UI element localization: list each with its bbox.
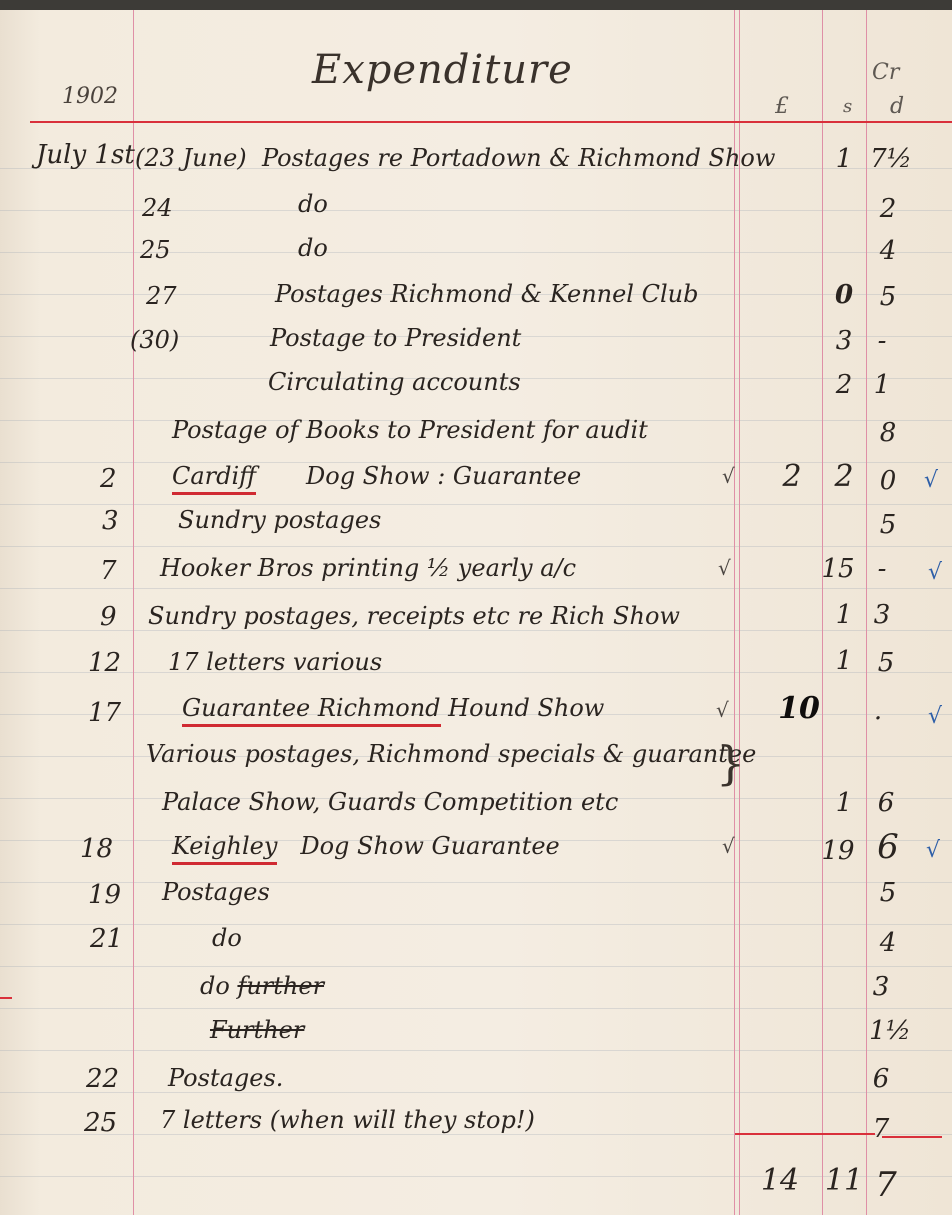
entry-shillings: 1	[826, 790, 862, 816]
page-title: Expenditure	[312, 50, 573, 90]
entry-description: Further	[210, 1018, 304, 1042]
amount-column-rule	[739, 10, 740, 1215]
ruling-line	[0, 966, 952, 967]
entry-pence: .	[866, 698, 890, 724]
entry-date: 12	[88, 650, 121, 676]
amount-column-rule	[734, 10, 735, 1215]
entry-description: Postage to President	[270, 326, 521, 350]
entry-shillings: 0	[828, 282, 860, 308]
entry-description-rest: Dog Show : Guarantee	[306, 464, 581, 488]
entry-ref: 24	[142, 196, 173, 220]
check-mark: √	[722, 466, 735, 486]
entry-pence: 3	[866, 974, 896, 1000]
entry-pence: 4	[866, 930, 910, 956]
entry-description: Various postages, Richmond specials & gu…	[146, 742, 756, 766]
entry-shillings: 1	[826, 146, 862, 172]
entry-shillings: 1	[826, 648, 862, 674]
entry-description: Guarantee Richmond Hound Show	[182, 696, 604, 720]
struck-word: further	[237, 972, 324, 1000]
entry-description: Cardiff	[172, 464, 256, 488]
total-pounds: 14	[752, 1166, 808, 1196]
entry-description: Circulating accounts	[268, 370, 521, 394]
entry-description: do	[212, 926, 242, 950]
entry-pence: 8	[866, 420, 910, 446]
entry-pence: -	[866, 328, 898, 354]
ruling-line	[0, 672, 952, 673]
entry-ref: (30)	[130, 328, 179, 352]
entry-pence: 2	[866, 196, 910, 222]
entry-pence: 6	[866, 790, 906, 816]
entry-description: Postages re Portadown & Richmond Show	[262, 146, 775, 170]
shillings-column-header: s	[843, 98, 852, 116]
blue-audit-check: √	[926, 838, 940, 863]
entry-pence: 4	[866, 238, 910, 264]
entry-description: Sundry postages, receipts etc re Rich Sh…	[148, 604, 680, 628]
entry-description: Palace Show, Guards Competition etc	[162, 790, 618, 814]
entry-pence: 6	[866, 1066, 896, 1092]
blue-audit-check: √	[928, 560, 942, 585]
ruling-line	[0, 882, 952, 883]
entry-description: do	[298, 192, 328, 216]
entry-shillings: 2	[826, 462, 862, 492]
entry-date: 7	[100, 558, 117, 584]
ruling-line	[0, 546, 952, 547]
entry-date: 22	[86, 1066, 119, 1092]
blue-audit-check: √	[928, 704, 942, 729]
entry-date: 18	[80, 836, 113, 862]
credit-marker: Cr	[872, 62, 899, 84]
entry-pence: 5	[866, 512, 910, 538]
entry-date: 25	[84, 1110, 117, 1136]
entry-ref: 25	[140, 238, 171, 262]
ruling-line	[0, 1176, 952, 1177]
ruling-line	[0, 588, 952, 589]
entry-date: 21	[90, 926, 123, 952]
entry-shillings: 15	[818, 556, 858, 582]
entry-description: Postages	[162, 880, 270, 904]
entry-date: July 1st	[36, 142, 135, 168]
entry-shillings: 1	[826, 602, 862, 628]
underlined-place-name: Cardiff	[172, 462, 256, 495]
total-red-rule	[735, 1133, 875, 1135]
entry-description: do	[298, 236, 328, 260]
entry-pence: 5	[866, 284, 910, 310]
total-pence: 7	[868, 1168, 904, 1202]
entry-description: Postage of Books to President for audit	[172, 418, 648, 442]
margin-red-mark	[0, 997, 12, 999]
entry-description: 17 letters various	[168, 650, 382, 674]
entry-pence: 7	[866, 1116, 896, 1142]
entry-description: Sundry postages	[178, 508, 381, 532]
ditto-mark: do	[200, 972, 237, 1000]
year-label: 1902	[62, 86, 118, 108]
check-mark: √	[718, 558, 731, 578]
entry-description: Hooker Bros printing ½ yearly a/c	[160, 556, 576, 580]
pounds-column-header: £	[775, 96, 789, 118]
pence-column-header: d	[890, 96, 904, 118]
entry-pence: 6	[866, 830, 910, 864]
entry-date: 9	[100, 604, 117, 630]
entry-pence: -	[866, 556, 898, 582]
entry-shillings: 10	[766, 694, 832, 724]
ruling-line	[0, 1050, 952, 1051]
entry-description: do further	[200, 974, 324, 998]
entry-description: Postages Richmond & Kennel Club	[275, 282, 698, 306]
margin-rule	[133, 10, 134, 1215]
entry-pence: 7½	[866, 146, 916, 172]
entry-description-rest: Dog Show Guarantee	[285, 832, 560, 860]
ruling-line	[0, 630, 952, 631]
entry-shillings: 19	[818, 838, 858, 864]
check-mark: √	[716, 700, 729, 720]
entry-date: 3	[102, 508, 119, 534]
ruling-line	[0, 504, 952, 505]
total-red-rule	[882, 1136, 942, 1138]
entry-description: 7 letters (when will they stop!)	[160, 1108, 535, 1132]
entry-shillings: 3	[828, 328, 860, 354]
entry-description-rest: Hound Show	[448, 694, 604, 722]
entry-pounds: 2	[770, 462, 814, 492]
ruling-line	[0, 1008, 952, 1009]
scan-top-edge	[0, 0, 952, 10]
entry-ref: 27	[146, 284, 177, 308]
entry-pence: 1½	[866, 1018, 914, 1044]
brace-icon: }	[716, 740, 745, 786]
shillings-column-rule	[822, 10, 823, 1215]
entry-date: 19	[88, 882, 121, 908]
check-mark: √	[722, 836, 735, 856]
entry-ref: (23 June)	[135, 146, 247, 170]
entry-pence: 3	[866, 602, 898, 628]
entry-pence: 1	[866, 372, 898, 398]
blue-audit-check: √	[924, 468, 938, 493]
entry-pence: 5	[866, 880, 910, 906]
underlined-place-name: Keighley	[172, 832, 277, 865]
ruling-line	[0, 924, 952, 925]
underlined-guarantee-richmond: Guarantee Richmond	[182, 694, 441, 727]
total-shillings: 11	[824, 1166, 864, 1196]
entry-description: Postages.	[168, 1066, 283, 1090]
entry-pence: 5	[866, 650, 906, 676]
ruling-line	[0, 1092, 952, 1093]
entry-date: 2	[100, 466, 117, 492]
entry-shillings: 2	[828, 372, 860, 398]
entry-pence: 0	[866, 468, 910, 494]
entry-description: Keighley Dog Show Guarantee	[172, 834, 560, 858]
entry-date: 17	[88, 700, 121, 726]
header-red-rule	[30, 121, 952, 123]
